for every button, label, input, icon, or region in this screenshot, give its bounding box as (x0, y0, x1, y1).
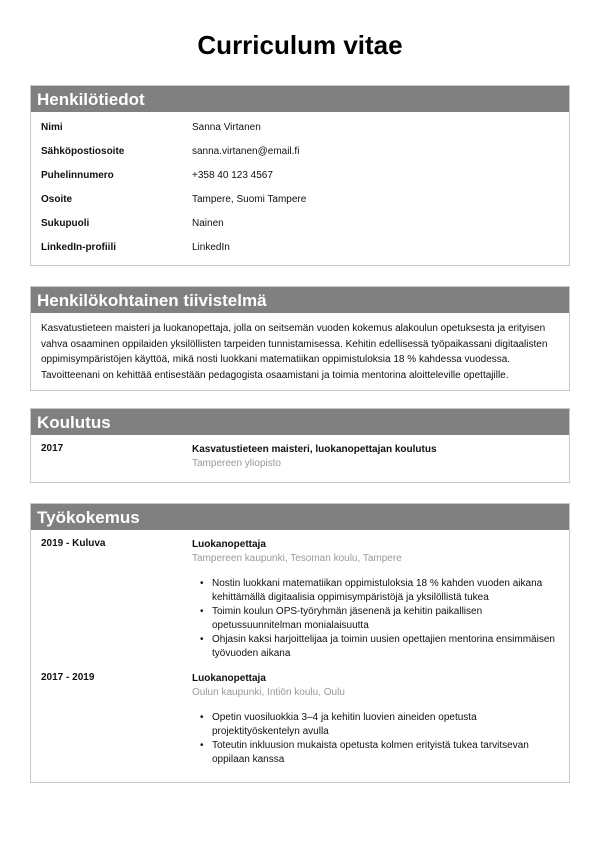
entry-employer: Oulun kaupunki, Intiön koulu, Oulu (192, 686, 559, 700)
section-heading: Koulutus (31, 409, 569, 435)
entry-date: 2017 - 2019 (31, 672, 192, 767)
entry-title: Luokanopettaja (192, 672, 559, 686)
field-value: +358 40 123 4567 (192, 164, 569, 188)
list-item: Opetin vuosiluokkia 3–4 ja kehitin luovi… (212, 711, 559, 739)
work-section: Työkokemus 2019 - Kuluva Luokanopettaja … (30, 503, 570, 783)
entry-title: Luokanopettaja (192, 538, 559, 552)
entry-institution: Tampereen yliopisto (192, 457, 559, 471)
list-item: Toimin koulun OPS-työryhmän jäsenenä ja … (212, 605, 559, 633)
entry-date: 2017 (31, 443, 192, 471)
entry-title: Kasvatustieteen maisteri, luokanopettaja… (192, 443, 559, 457)
list-item: Ohjasin kaksi harjoittelijaa ja toimin u… (212, 633, 559, 661)
personal-row-gender: Sukupuoli Nainen (31, 212, 569, 236)
personal-row-linkedin: LinkedIn-profiili LinkedIn (31, 236, 569, 260)
field-label: LinkedIn-profiili (31, 236, 192, 260)
work-entry: 2019 - Kuluva Luokanopettaja Tampereen k… (31, 530, 569, 661)
personal-row-address: Osoite Tampere, Suomi Tampere (31, 188, 569, 212)
linkedin-link[interactable]: LinkedIn (192, 236, 569, 260)
section-heading: Henkilötiedot (31, 86, 569, 112)
field-label: Puhelinnumero (31, 164, 192, 188)
entry-employer: Tampereen kaupunki, Tesoman koulu, Tampe… (192, 552, 559, 566)
list-item: Toteutin inkluusion mukaista opetusta ko… (212, 739, 559, 767)
achievement-list: Opetin vuosiluokkia 3–4 ja kehitin luovi… (192, 711, 559, 767)
education-entry: 2017 Kasvatustieteen maisteri, luokanope… (31, 435, 569, 471)
entry-date: 2019 - Kuluva (31, 538, 192, 661)
personal-info-section: Henkilötiedot Nimi Sanna Virtanen Sähköp… (30, 85, 570, 266)
personal-row-name: Nimi Sanna Virtanen (31, 116, 569, 140)
field-label: Sähköpostiosoite (31, 140, 192, 164)
field-value: Sanna Virtanen (192, 116, 569, 140)
field-label: Nimi (31, 116, 192, 140)
personal-row-phone: Puhelinnumero +358 40 123 4567 (31, 164, 569, 188)
section-heading: Työkokemus (31, 504, 569, 530)
field-label: Osoite (31, 188, 192, 212)
summary-text: Kasvatustieteen maisteri ja luokanopetta… (31, 313, 569, 390)
email-value[interactable]: sanna.virtanen@email.fi (192, 140, 569, 164)
field-value: Tampere, Suomi Tampere (192, 188, 569, 212)
field-value: Nainen (192, 212, 569, 236)
achievement-list: Nostin luokkani matematiikan oppimistulo… (192, 577, 559, 661)
summary-section: Henkilökohtainen tiivistelmä Kasvatustie… (30, 286, 570, 391)
work-entry: 2017 - 2019 Luokanopettaja Oulun kaupunk… (31, 661, 569, 767)
page-title: Curriculum vitae (0, 30, 600, 61)
education-section: Koulutus 2017 Kasvatustieteen maisteri, … (30, 408, 570, 483)
list-item: Nostin luokkani matematiikan oppimistulo… (212, 577, 559, 605)
section-heading: Henkilökohtainen tiivistelmä (31, 287, 569, 313)
field-label: Sukupuoli (31, 212, 192, 236)
personal-row-email: Sähköpostiosoite sanna.virtanen@email.fi (31, 140, 569, 164)
